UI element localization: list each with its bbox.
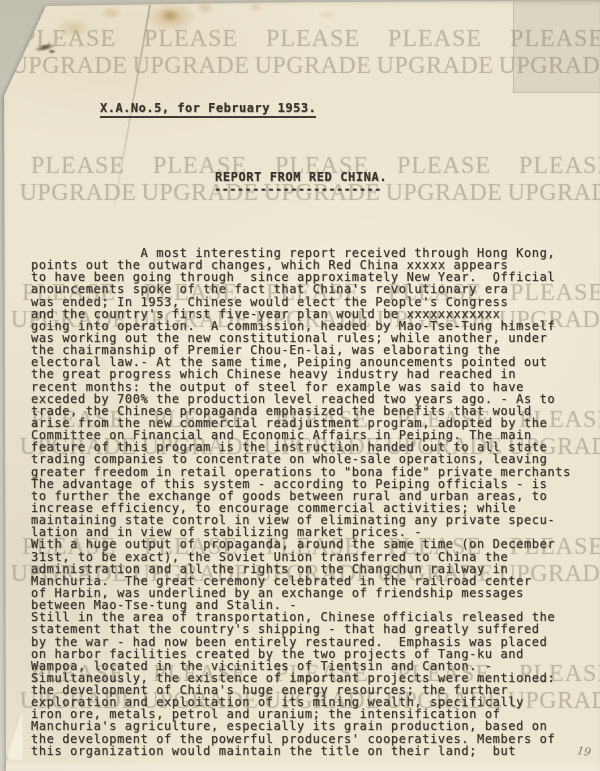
text-line: on harbor facilities created by the two …: [31, 648, 571, 660]
text-line: statement that the country's shipping - …: [31, 623, 571, 635]
text-line: With a huge output of propaganda, around…: [31, 538, 571, 550]
text-line: greater freedom in retail operations to …: [31, 466, 571, 478]
text-line: administration and all the rights on the…: [31, 563, 571, 575]
reference-line: X.A.No.5, for February 1953.: [100, 101, 316, 118]
text-line: by the war - had now been entirely resta…: [31, 636, 571, 648]
text-line: the development of the powerful producer…: [31, 733, 571, 745]
text-line: exceded by 700% the production level rea…: [31, 393, 571, 405]
text-line: Manchuria's agriculture, especially its …: [31, 720, 571, 732]
paper-sheet: PLEASEUPGRADEPLEASEUPGRADEPLEASEUPGRADEP…: [0, 0, 600, 771]
text-line: this organization would maintain the tit…: [31, 745, 571, 757]
text-line: was ended; In 1953, Chinese would elect …: [31, 296, 571, 308]
text-line: trading companies to concentrate on whol…: [31, 453, 571, 465]
text-line: 31st, to be exact), the Soviet Union tra…: [31, 551, 571, 563]
scanned-document-page: PLEASEUPGRADEPLEASEUPGRADEPLEASEUPGRADEP…: [0, 0, 600, 771]
text-line: recent months: the output of steel for e…: [31, 381, 571, 393]
page-number-annotation: 19: [576, 744, 592, 759]
text-line: anouncements spoke of the fact that Chin…: [31, 283, 571, 295]
text-line: the great progress which Chinese heavy i…: [31, 368, 571, 380]
body-text: A most interesting report received throu…: [31, 247, 571, 757]
typed-content: X.A.No.5, for February 1953. REPORT FROM…: [0, 0, 600, 771]
text-line: The advantage of this system - according…: [31, 478, 571, 490]
title-dash-underline: ----------------------: [214, 182, 382, 196]
